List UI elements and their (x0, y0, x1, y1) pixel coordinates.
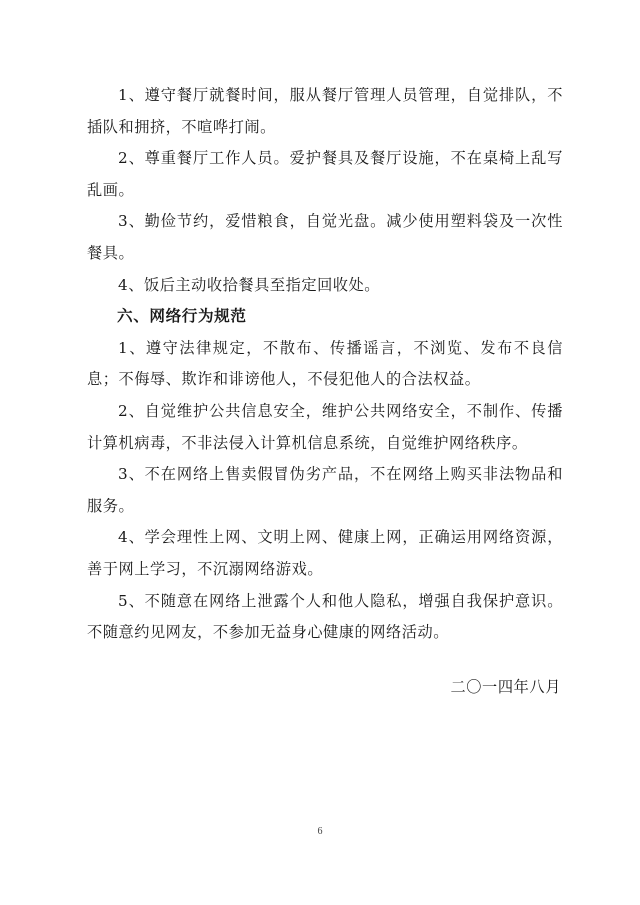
network-rule-4: 4、学会理性上网、文明上网、健康上网，正确运用网络资源，善于网上学习，不沉溺网络… (87, 522, 563, 585)
document-page: 1、遵守餐厅就餐时间，服从餐厅管理人员管理，自觉排队，不插队和拥挤，不喧哗打闹。… (0, 0, 640, 905)
dining-rule-2: 2、尊重餐厅工作人员。爱护餐具及餐厅设施，不在桌椅上乱写乱画。 (87, 143, 563, 206)
network-rule-2: 2、自觉维护公共信息安全，维护公共网络安全，不制作、传播计算机病毒，不非法侵入计… (87, 396, 563, 459)
network-rule-5: 5、不随意在网络上泄露个人和他人隐私，增强自我保护意识。不随意约见网友，不参加无… (87, 586, 563, 649)
dining-rule-1: 1、遵守餐厅就餐时间，服从餐厅管理人员管理，自觉排队，不插队和拥挤，不喧哗打闹。 (87, 80, 563, 143)
section-heading: 六、网络行为规范 (87, 301, 563, 333)
network-rule-3: 3、不在网络上售卖假冒伪劣产品，不在网络上购买非法物品和服务。 (87, 459, 563, 522)
network-rule-1: 1、遵守法律规定，不散布、传播谣言，不浏览、发布不良信息；不侮辱、欺诈和诽谤他人… (87, 333, 563, 396)
dining-rule-4: 4、饭后主动收拾餐具至指定回收处。 (87, 270, 563, 302)
page-number: 6 (0, 826, 640, 837)
dining-rule-3: 3、勤俭节约，爱惜粮食，自觉光盘。减少使用塑料袋及一次性餐具。 (87, 206, 563, 269)
document-body: 1、遵守餐厅就餐时间，服从餐厅管理人员管理，自觉排队，不插队和拥挤，不喧哗打闹。… (87, 80, 563, 649)
document-date: 二〇一四年八月 (450, 676, 561, 697)
